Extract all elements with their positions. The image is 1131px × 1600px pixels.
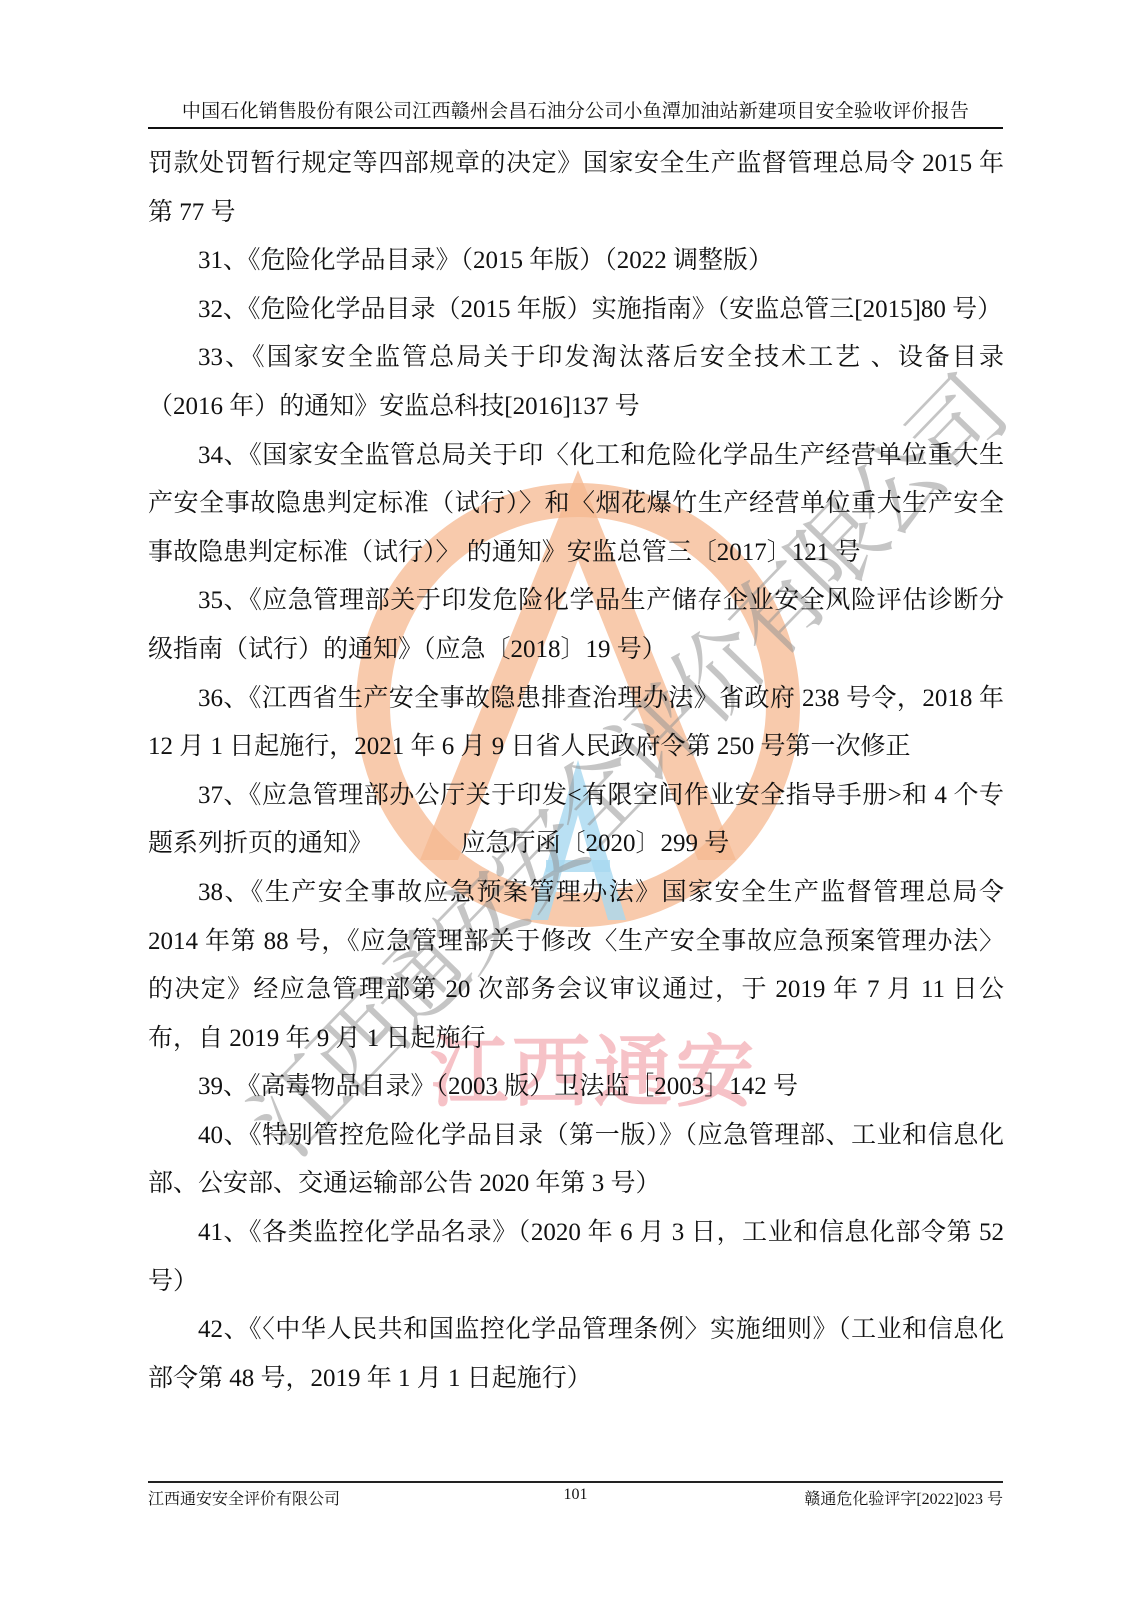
list-item-31: 31、《危险化学品目录》（2015 年版）（2022 调整版） <box>148 237 1004 286</box>
page-footer: 江西通安安全评价有限公司 101 赣通危化验评字[2022]023 号 <box>148 1486 1003 1510</box>
list-item-35: 35、《应急管理部关于印发危险化学品生产储存企业安全风险评估诊断分级指南（试行）… <box>148 577 1004 674</box>
list-item-42: 42、《〈中华人民共和国监控化学品管理条例〉实施细则》（工业和信息化部令第 48… <box>148 1306 1004 1403</box>
list-item-40: 40、《特别管控危险化学品目录（第一版）》（应急管理部、工业和信息化部、公安部、… <box>148 1112 1004 1209</box>
list-item-41: 41、《各类监控化学品名录》（2020 年 6 月 3 日，工业和信息化部令第 … <box>148 1209 1004 1306</box>
list-item-33: 33、《国家安全监管总局关于印发淘汰落后安全技术工艺 、设备目录（2016 年）… <box>148 334 1004 431</box>
document-body: 罚款处罚暂行规定等四部规章的决定》国家安全生产监督管理总局令 2015 年第 7… <box>148 140 1004 1403</box>
list-item-32: 32、《危险化学品目录（2015 年版）实施指南》（安监总管三[2015]80 … <box>148 286 1004 335</box>
page-header: 中国石化销售股份有限公司江西赣州会昌石油分公司小鱼潭加油站新建项目安全验收评价报… <box>148 96 1003 123</box>
list-item-36: 36、《江西省生产安全事故隐患排查治理办法》省政府 238 号令，2018 年 … <box>148 675 1004 772</box>
footer-divider <box>148 1481 1003 1483</box>
list-item-39: 39、《高毒物品目录》（2003 版）卫法监［2003］142 号 <box>148 1063 1004 1112</box>
header-divider <box>148 127 1003 129</box>
list-item-37: 37、《应急管理部办公厅关于印发<有限空间作业安全指导手册>和 4 个专题系列折… <box>148 772 1004 869</box>
footer-document-number: 赣通危化验评字[2022]023 号 <box>804 1486 1003 1509</box>
paragraph-continuation: 罚款处罚暂行规定等四部规章的决定》国家安全生产监督管理总局令 2015 年第 7… <box>148 140 1004 237</box>
list-item-38: 38、《生产安全事故应急预案管理办法》国家安全生产监督管理总局令 2014 年第… <box>148 869 1004 1063</box>
list-item-34: 34、《国家安全监管总局关于印〈化工和危险化学品生产经营单位重大生产安全事故隐患… <box>148 432 1004 578</box>
